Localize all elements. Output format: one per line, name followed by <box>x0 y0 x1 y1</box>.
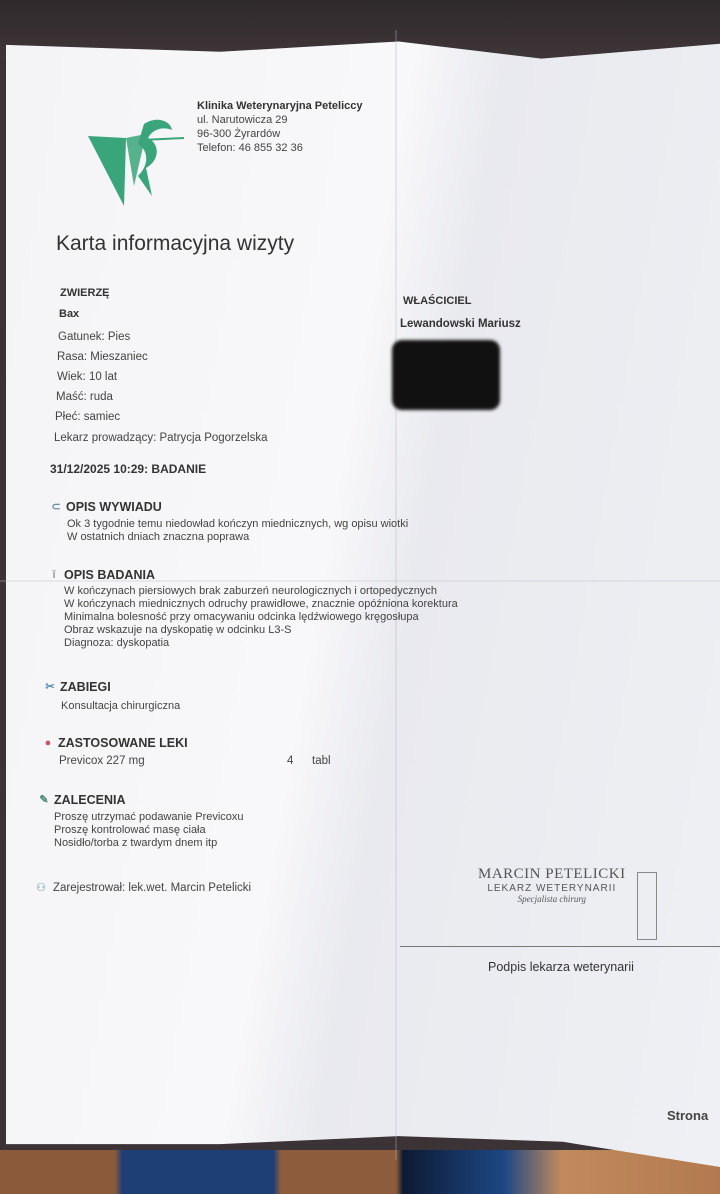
medication-unit: tabl <box>312 755 331 768</box>
stamp-title: LEKARZ WETERYNARII <box>478 883 626 894</box>
recommendation-line: Proszę utrzymać podawanie Previcoxu <box>54 811 244 824</box>
animal-species: Gatunek: Pies <box>58 331 130 343</box>
registered-by-text: Zarejestrował: lek.wet. Marcin Petelicki <box>53 882 251 894</box>
exam-line: W kończynach piersiowych brak zaburzeń n… <box>64 585 458 598</box>
interview-line: Ok 3 tygodnie temu niedowład kończyn mie… <box>67 518 408 531</box>
clinic-phone: Telefon: 46 855 32 36 <box>197 141 363 155</box>
signature-line <box>400 946 720 947</box>
page-label: Strona <box>667 1108 708 1123</box>
section-title: ZASTOSOWANE LEKI <box>58 736 188 750</box>
clinic-header: Klinika Weterynaryjna Peteliccy ul. Naru… <box>197 99 363 155</box>
stamp-name: MARCIN PETELICKI <box>478 866 626 883</box>
attending-doctor: Lekarz prowadzący: Patrycja Pogorzelska <box>54 432 268 444</box>
recommendation-line: Nosidło/torba z twardym dnem itp <box>54 837 244 850</box>
section-procedures: ✂ ZABIEGI Konsultacja chirurgiczna <box>44 680 180 713</box>
clinic-name: Klinika Weterynaryjna Peteliccy <box>197 99 363 113</box>
document-title: Karta informacyjna wizyty <box>56 232 294 256</box>
section-interview: ⊂ OPIS WYWIADU Ok 3 tygodnie temu niedow… <box>50 500 408 544</box>
section-title: ZABIEGI <box>60 680 111 694</box>
section-exam: ǐ OPIS BADANIA W kończynach piersiowych … <box>48 568 458 650</box>
stamp-specialty: Specjalista chirurg <box>478 894 626 904</box>
clinic-street: ul. Narutowicza 29 <box>197 113 363 127</box>
exam-line: Diagnoza: dyskopatia <box>64 637 458 650</box>
exam-line: W kończynach miednicznych odruchy prawid… <box>64 598 458 611</box>
animal-color: Maść: ruda <box>56 391 113 403</box>
stethoscope-icon: ⊂ <box>50 501 62 513</box>
medication-name: Previcox 227 mg <box>59 755 287 768</box>
section-recommendations: ✎ ZALECENIA Proszę utrzymać podawanie Pr… <box>38 793 244 850</box>
animal-sex: Płeć: samiec <box>55 411 120 423</box>
exam-line: Minimalna bolesność przy omacywaniu odci… <box>64 611 458 624</box>
table-surface-bottom <box>0 1150 720 1194</box>
user-group-icon: ⚇ <box>33 882 49 894</box>
animal-age: Wiek: 10 lat <box>57 371 117 383</box>
redacted-owner-details <box>392 340 500 410</box>
animal-name: Bax <box>59 308 79 320</box>
procedure-line: Konsultacja chirurgiczna <box>61 700 180 713</box>
thermometer-icon: ǐ <box>48 569 60 581</box>
section-medications: ● ZASTOSOWANE LEKI Previcox 227 mg 4 tab… <box>42 736 331 768</box>
section-title: OPIS WYWIADU <box>66 500 162 514</box>
clinic-city: 96-300 Żyrardów <box>197 127 363 141</box>
recommendation-line: Proszę kontrolować masę ciała <box>54 824 244 837</box>
medication-row: Previcox 227 mg 4 tabl <box>59 755 331 768</box>
owner-name: Lewandowski Mariusz <box>400 318 521 330</box>
pencil-icon: ✎ <box>38 794 50 806</box>
section-title: OPIS BADANIA <box>64 568 155 582</box>
scissors-icon: ✂ <box>44 681 56 693</box>
animal-breed: Rasa: Mieszaniec <box>57 351 148 363</box>
stamp-box <box>637 872 657 940</box>
doctor-stamp: MARCIN PETELICKI LEKARZ WETERYNARII Spec… <box>478 866 626 904</box>
visit-header: 31/12/2025 10:29: BADANIE <box>50 462 206 476</box>
signature-label: Podpis lekarza weterynarii <box>488 960 634 974</box>
section-title: ZALECENIA <box>54 793 126 807</box>
medication-qty: 4 <box>287 755 312 768</box>
owner-heading: WŁAŚCICIEL <box>403 295 471 307</box>
clinic-logo-icon <box>86 116 186 208</box>
animal-heading: ZWIERZĘ <box>60 287 110 299</box>
registered-by: ⚇ Zarejestrował: lek.wet. Marcin Petelic… <box>33 882 251 894</box>
exam-line: Obraz wskazuje na dyskopatię w odcinku L… <box>64 624 458 637</box>
interview-line: W ostatnich dniach znaczna poprawa <box>67 531 408 544</box>
pill-icon: ● <box>42 737 54 749</box>
